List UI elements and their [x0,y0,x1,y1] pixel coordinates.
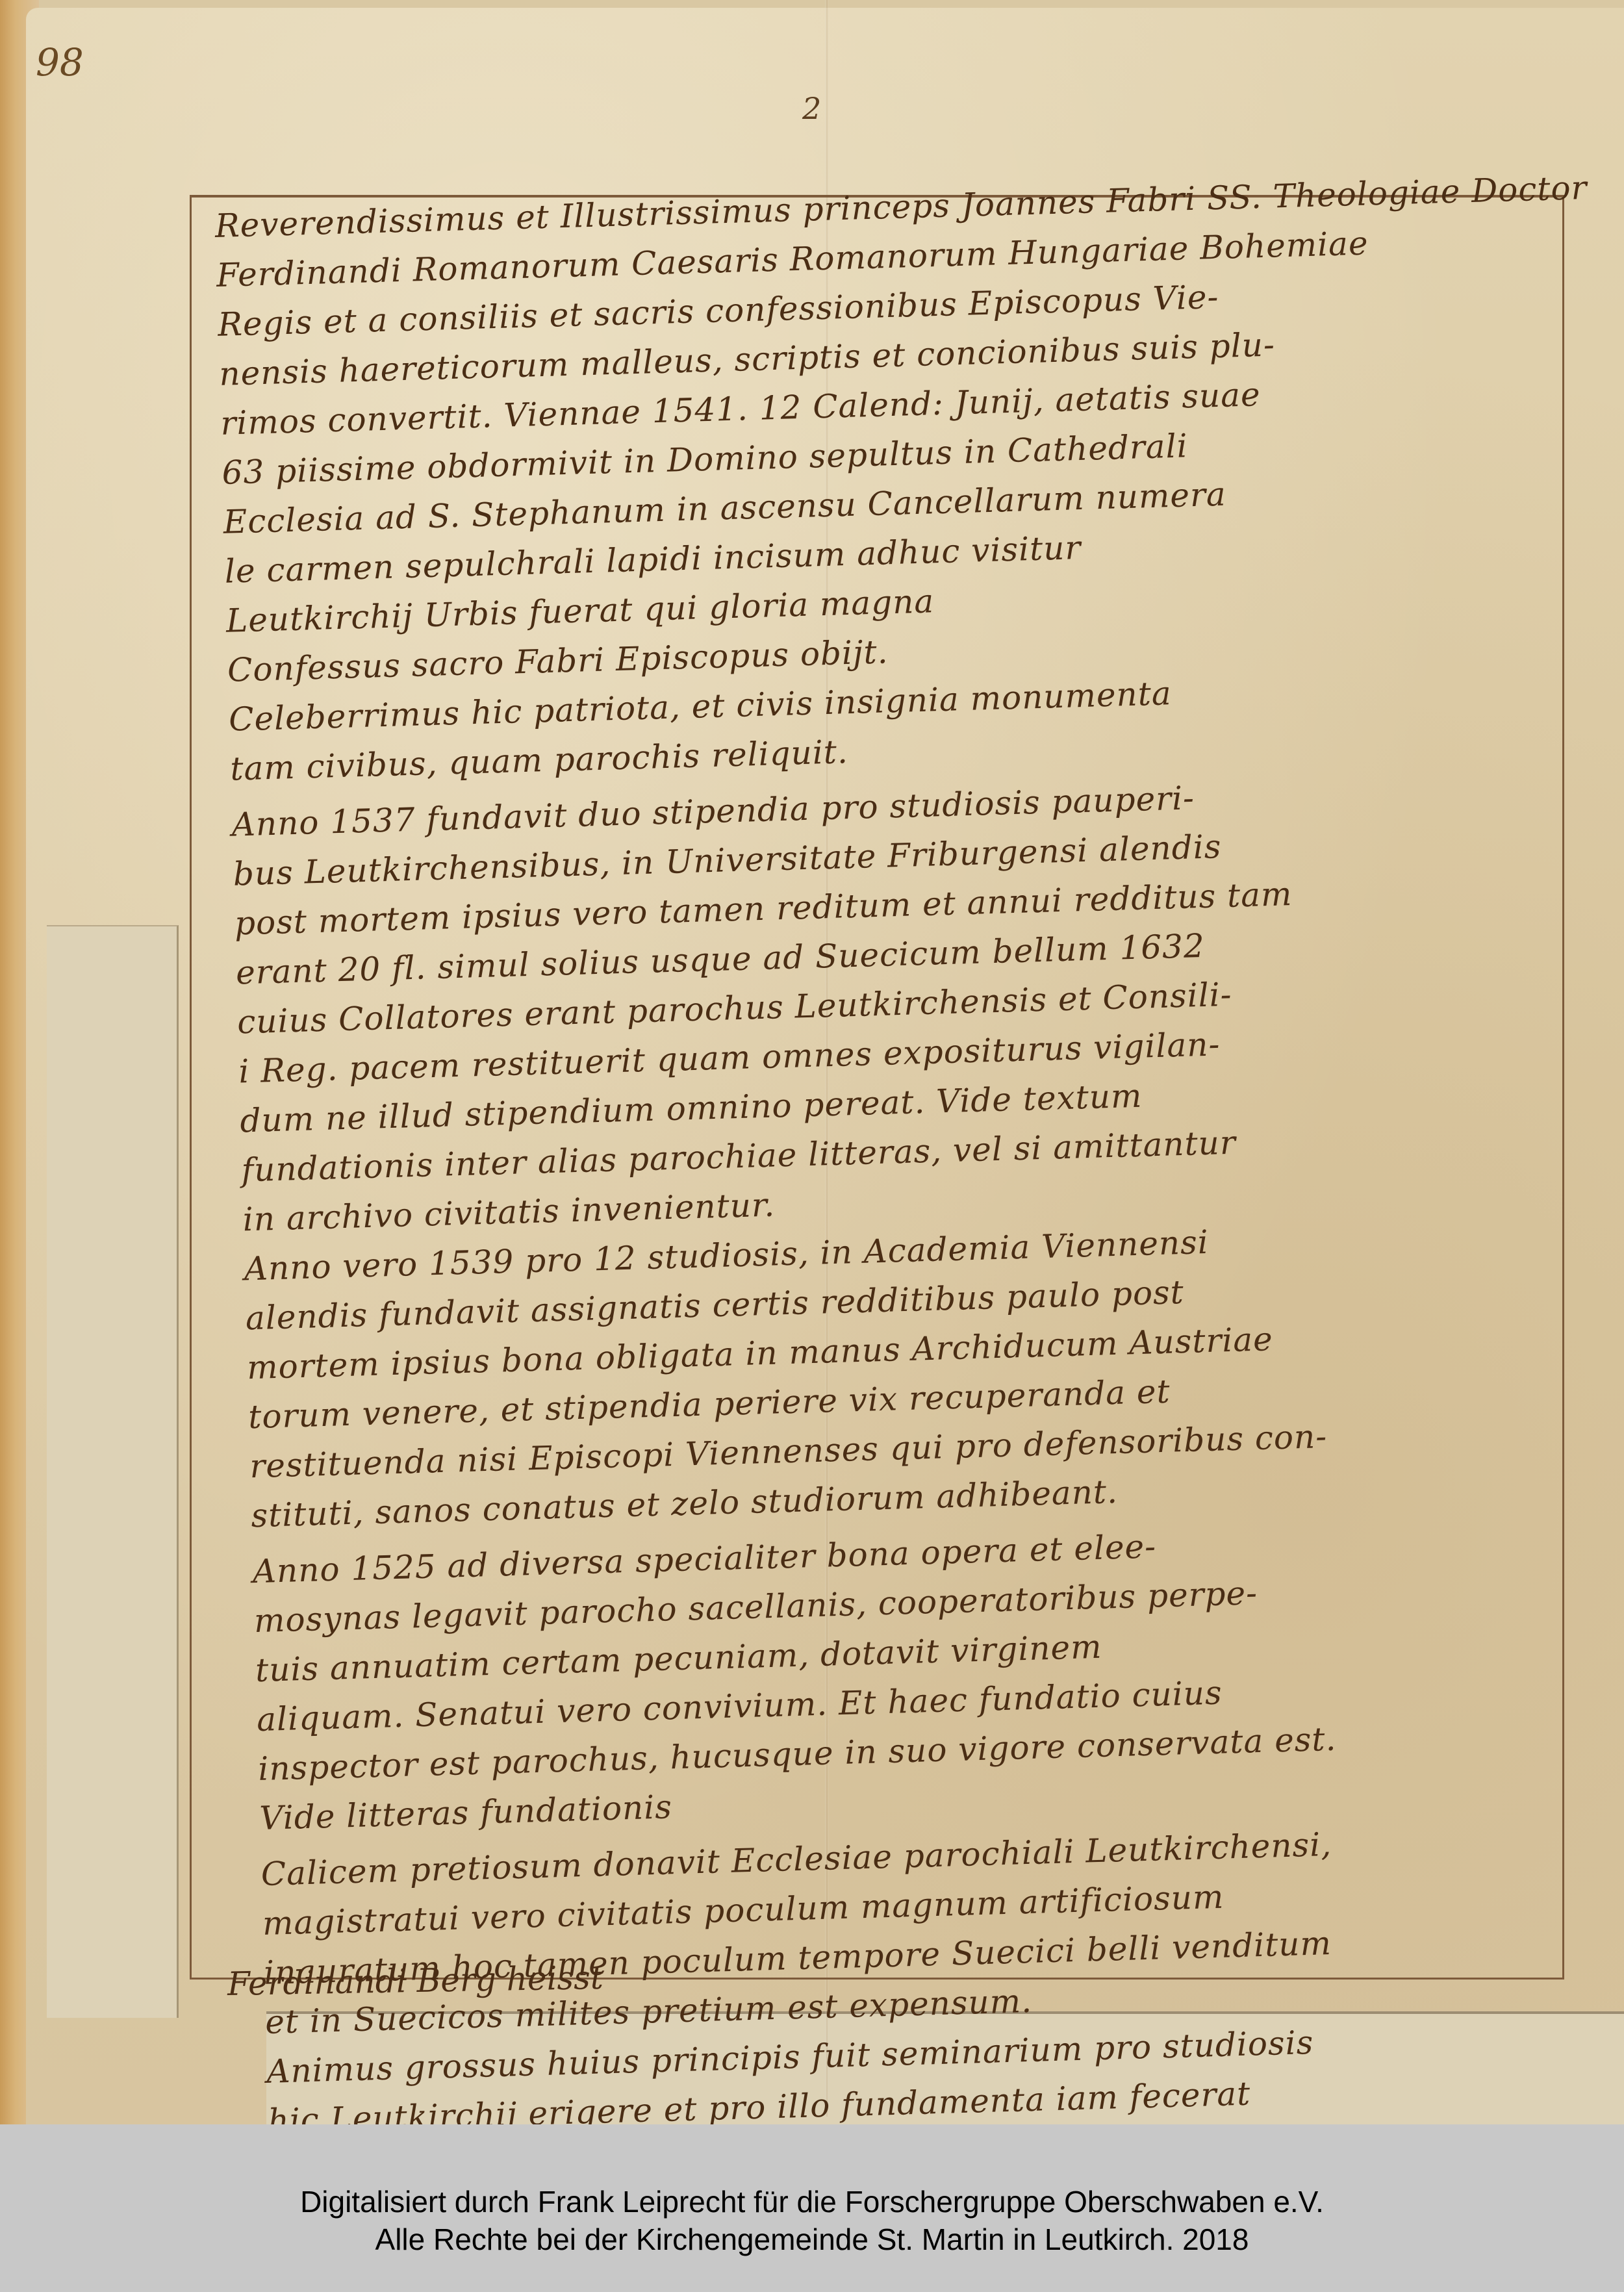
page-number: 98 [36,40,84,84]
caption-rights: Alle Rechte bei der Kirchengemeinde St. … [0,2221,1624,2258]
manuscript-trailing-line: Ferdinandi Berg heisst [227,1959,604,2003]
folio-mark: 2 [802,91,821,126]
manuscript-text: Reverendissimus et Illustrissimus prince… [214,164,1596,2124]
pasted-paper-strip-left [47,925,179,2018]
digitization-caption: Digitalisiert durch Frank Leiprecht für … [0,2124,1624,2292]
caption-credit: Digitalisiert durch Frank Leiprecht für … [0,2183,1624,2221]
manuscript-scan: 98 2 Reverendissimus et Illustrissimus p… [0,0,1624,2124]
